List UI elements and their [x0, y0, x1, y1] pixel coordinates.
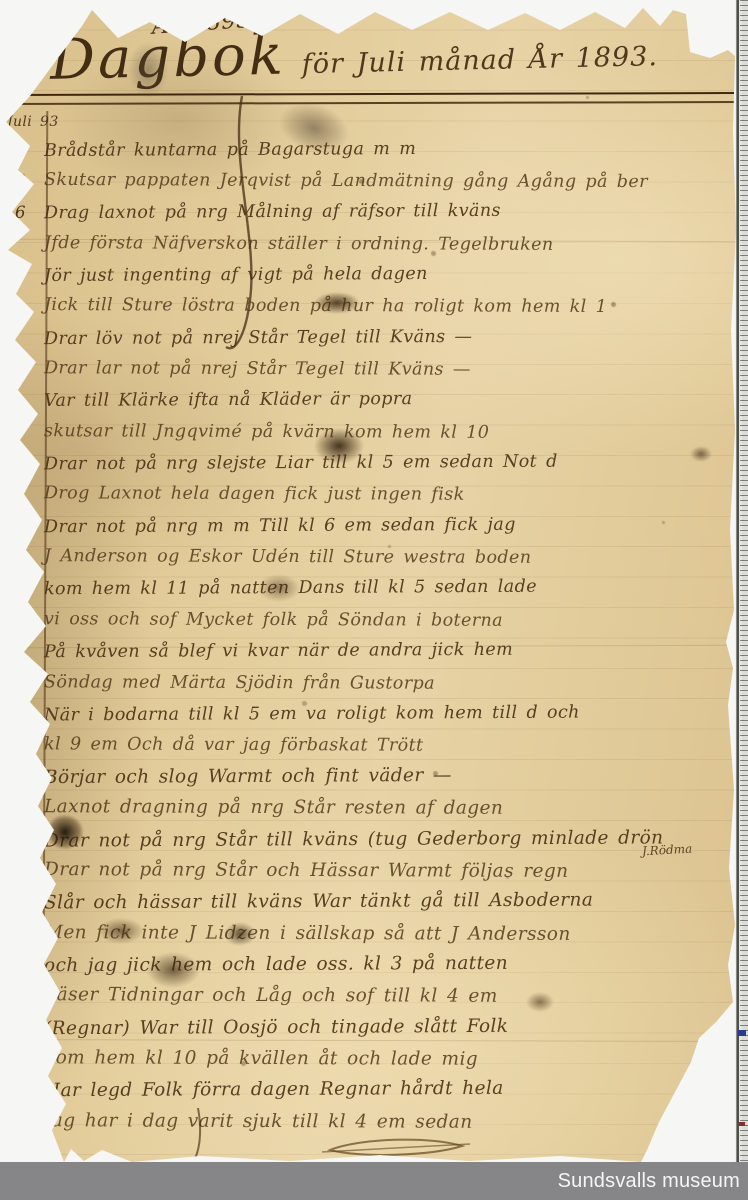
entry-text: vi oss och sof Mycket folk på Söndan i b… — [44, 609, 503, 631]
footer-bar: Sundsvalls museum — [0, 1162, 748, 1200]
ruler-color-mark-blue — [738, 1030, 746, 1036]
entry-text: Läser Tidningar och Låg och sof till kl … — [44, 985, 498, 1008]
diary-entry-row: Drar löv not på nrej Står Tegel till Kvä… — [0, 322, 740, 353]
entry-text: Drar not på nrg slejste Liar till kl 5 e… — [44, 452, 558, 475]
entry-text: kl 9 em Och då var jag förbaskat Trött — [44, 735, 424, 756]
entry-text: Drag laxnot på nrg Målning af räfsor til… — [44, 201, 501, 223]
marginal-note: J.Rödma — [642, 842, 693, 859]
entry-text: Jfde första Näfverskon ställer i ordning… — [44, 233, 554, 255]
ink-blot — [46, 814, 84, 850]
entry-text: skutsar till Jngqvimé på kvärn kom hem k… — [44, 421, 489, 443]
diary-entry-row: 23 Läser Tidningar och Låg och sof till … — [0, 980, 740, 1011]
entry-text: När i bodarna till kl 5 em va roligt kom… — [44, 702, 580, 725]
diary-entry-row: Var till Klärke ifta nå Kläder är popra — [0, 385, 740, 416]
diary-entry-row: 22 Slår och hässar till kväns War tänkt … — [0, 886, 740, 917]
entry-text: Drar not på nrg Står till kväns (tug Ged… — [44, 827, 664, 851]
scan-background: År 1893. Dagbok för Juli månad År 1893. … — [0, 0, 748, 1200]
ruler-tick-marks — [740, 0, 748, 1162]
diary-entry-row: Drar not på nrg m m Till kl 6 em sedan f… — [0, 510, 740, 541]
ink-blot — [526, 992, 554, 1012]
diary-entry-row: Jör just ingenting af vigt på hela dagen — [0, 259, 740, 290]
diary-entry-row: 18 Börjar och slog Warmt och fint väder … — [0, 761, 740, 792]
entry-text: Drog Laxnot hela dagen fick just ingen f… — [44, 484, 465, 505]
ruler-color-mark-red — [739, 1122, 745, 1126]
diary-entry-row: skutsar till Jngqvimé på kvärn kom hem k… — [0, 416, 740, 447]
diary-entry-row: 23 (Regnar) War till Oosjö och tingade s… — [0, 1012, 740, 1043]
diary-entry-row: 19 Laxnot dragning på nrg Står resten af… — [0, 792, 740, 823]
entry-date: 22 — [0, 892, 44, 911]
entry-date: 18 — [0, 767, 44, 786]
entry-date: 6 — [0, 203, 44, 222]
entry-text: Brådstår kuntarna på Bagarstuga m m — [44, 139, 416, 161]
entry-date: 23 — [0, 986, 44, 1005]
entry-date: 21 — [0, 861, 44, 880]
entry-text: På kvåven så blef vi kvar när de andra j… — [44, 640, 513, 662]
entry-text: Var till Klärke ifta nå Kläder är popra — [44, 389, 413, 411]
diary-entry-row: 24 Har legd Folk förra dagen Regnar hård… — [0, 1074, 740, 1105]
entry-text: Skutsar pappaten Jerqvist på Landmätning… — [44, 170, 648, 192]
header-rule-bottom — [10, 101, 737, 105]
diary-entry-row: kl 9 em Och då var jag förbaskat Trött — [0, 730, 740, 761]
ink-blot — [314, 428, 364, 464]
entry-text: J Anderson og Eskor Udén till Sture west… — [44, 546, 532, 568]
diary-entry-row: 5 Skutsar pappaten Jerqvist på Landmätni… — [0, 165, 740, 196]
entry-text: Söndag med Märta Sjödin från Gustorpa — [44, 672, 435, 693]
ink-blot — [258, 574, 300, 602]
diary-entry-row: Jick till Sture löstra boden på hur ha r… — [0, 291, 740, 322]
entry-date: 24 — [0, 1080, 44, 1099]
header-rule-top — [10, 92, 737, 96]
entry-date: 4 — [0, 140, 44, 159]
entry-date: 23 — [0, 1018, 44, 1037]
entry-date: " — [0, 955, 44, 974]
entry-text: Slår och hässar till kväns War tänkt gå … — [44, 890, 593, 914]
diary-entry-row: 25 Jag har i dag varit sjuk till kl 4 em… — [0, 1106, 740, 1137]
paper-sheet: År 1893. Dagbok för Juli månad År 1893. … — [0, 0, 737, 1162]
diary-entry-row: Drog Laxnot hela dagen fick just ingen f… — [0, 479, 740, 510]
ink-smudge — [128, 42, 168, 98]
entry-text: Drar löv not på nrej Står Tegel till Kvä… — [44, 327, 472, 349]
ink-specks — [0, 0, 3, 3]
entry-text: Laxnot dragning på nrg Står resten af da… — [44, 797, 503, 820]
entry-text: (Regnar) War till Oosjö och tingade slåt… — [44, 1016, 508, 1039]
entry-date: 19 — [0, 798, 44, 817]
museum-credit: Sundsvalls museum — [558, 1170, 748, 1193]
diary-entry-row: " och jag jick hem och lade oss. kl 3 på… — [0, 949, 740, 980]
ink-blot — [314, 292, 360, 314]
entries-list: 4 Brådstår kuntarna på Bagarstuga m m 5 … — [0, 134, 740, 1137]
month-label: Juli 93 — [7, 114, 59, 130]
diary-entry-row: På kvåven så blef vi kvar när de andra j… — [0, 636, 740, 667]
ink-blot — [224, 922, 256, 946]
entry-text: Har legd Folk förra dagen Regnar hårdt h… — [44, 1078, 504, 1101]
diary-entry-row: Söndag med Märta Sjödin från Gustorpa — [0, 667, 740, 698]
entry-text: Jag har i dag varit sjuk till kl 4 em se… — [44, 1110, 473, 1132]
diary-entry-row: Jfde första Näfverskon ställer i ordning… — [0, 228, 740, 259]
title-word-dagbok: Dagbok — [49, 28, 286, 89]
entry-date: 5 — [0, 172, 44, 191]
entry-text: Drar not på nrg Står och Hässar Warmt fö… — [44, 859, 568, 882]
entry-text: och jag jick hem och lade oss. kl 3 på n… — [44, 953, 508, 976]
entry-date: 20 — [0, 830, 44, 849]
diary-entry-row: Drar not på nrg slejste Liar till kl 5 e… — [0, 447, 740, 478]
entry-date: 25 — [0, 1112, 44, 1131]
diary-entry-row: 4 Brådstår kuntarna på Bagarstuga m m — [0, 134, 740, 165]
diary-entry-row: 21 Drar not på nrg Står och Hässar Warmt… — [0, 855, 740, 886]
diary-entry-row: 20 Drar not på nrg Står till kväns (tug … — [0, 824, 740, 855]
entry-text: kom hem kl 10 på kvällen åt och lade mig — [44, 1047, 478, 1070]
diary-entry-row: kom hem kl 11 på natten Dans till kl 5 s… — [0, 573, 740, 604]
entry-text: Börjar och slog Warmt och fint väder — — [44, 765, 452, 788]
entry-text: Drar not på nrg m m Till kl 6 em sedan f… — [44, 515, 516, 537]
entry-text: Drar lar not på nrej Står Tegel till Kvä… — [44, 358, 471, 379]
diary-entry-row: 6 Drag laxnot på nrg Målning af räfsor t… — [0, 197, 740, 228]
diary-entry-row: " kom hem kl 10 på kvällen åt och lade m… — [0, 1043, 740, 1074]
title-subtitle: för Juli månad År 1893. — [286, 41, 659, 80]
scan-ruler-strip — [735, 0, 748, 1162]
entry-date: " — [0, 1049, 44, 1068]
ink-blot — [98, 918, 144, 944]
entry-text: Jör just ingenting af vigt på hela dagen — [44, 264, 428, 286]
diary-entry-row: vi oss och sof Mycket folk på Söndan i b… — [0, 604, 740, 635]
diary-entry-row: När i bodarna till kl 5 em va roligt kom… — [0, 698, 740, 729]
diary-entry-row: J Anderson og Eskor Udén till Sture west… — [0, 541, 740, 572]
ink-blot — [146, 952, 200, 988]
diary-entry-row: Drar lar not på nrej Står Tegel till Kvä… — [0, 353, 740, 384]
ink-blot — [690, 446, 712, 462]
